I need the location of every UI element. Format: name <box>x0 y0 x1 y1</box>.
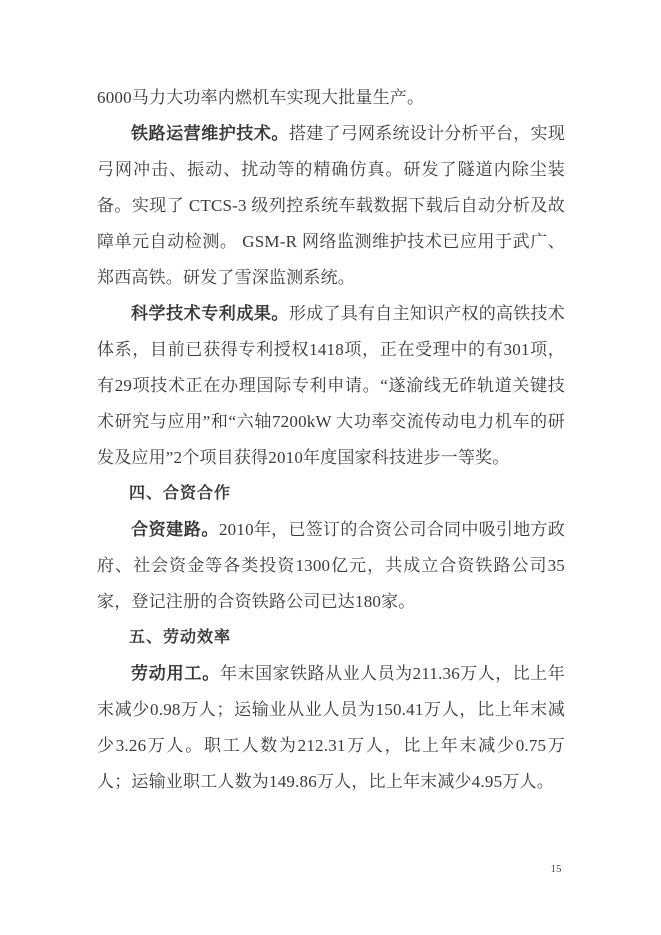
document-page: 6000马力大功率内燃机车实现大批量生产。 铁路运营维护技术。搭建了弓网系统设计… <box>0 0 661 935</box>
text-content: 6000马力大功率内燃机车实现大批量生产。 铁路运营维护技术。搭建了弓网系统设计… <box>97 80 565 800</box>
paragraph-joint-venture-railway: 合资建路。2010年，已签订的合资公司合同中吸引地方政府、社会资金等各类投资13… <box>97 512 565 620</box>
paragraph-lead: 铁路运营维护技术。 <box>131 124 289 143</box>
section-heading-labor-efficiency: 五、劳动效率 <box>97 620 565 656</box>
paragraph-lead: 劳动用工。 <box>131 664 220 683</box>
paragraph-labor-employment: 劳动用工。年末国家铁路从业人员为211.36万人，比上年末减少0.98万人；运输… <box>97 656 565 800</box>
section-heading-joint-venture: 四、合资合作 <box>97 476 565 512</box>
paragraph-lead: 合资建路。 <box>131 520 219 539</box>
section-heading-text: 四、合资合作 <box>129 485 231 502</box>
page-number: 15 <box>546 863 566 875</box>
paragraph-patent-results: 科学技术专利成果。形成了具有自主知识产权的高铁技术体系，目前已获得专利授权141… <box>97 296 565 476</box>
paragraph-lead: 科学技术专利成果。 <box>131 304 289 323</box>
paragraph-continuation: 6000马力大功率内燃机车实现大批量生产。 <box>97 80 565 116</box>
paragraph-text: 6000马力大功率内燃机车实现大批量生产。 <box>97 88 424 107</box>
paragraph-maintenance-tech: 铁路运营维护技术。搭建了弓网系统设计分析平台，实现弓网冲击、振动、扰动等的精确仿… <box>97 116 565 296</box>
paragraph-text: 搭建了弓网系统设计分析平台，实现弓网冲击、振动、扰动等的精确仿真。研发了隧道内除… <box>97 124 565 287</box>
section-heading-text: 五、劳动效率 <box>129 629 231 646</box>
paragraph-text: 年末国家铁路从业人员为211.36万人，比上年末减少0.98万人；运输业从业人员… <box>97 664 565 791</box>
paragraph-text: 形成了具有自主知识产权的高铁技术体系，目前已获得专利授权1418项，正在受理中的… <box>97 304 565 467</box>
